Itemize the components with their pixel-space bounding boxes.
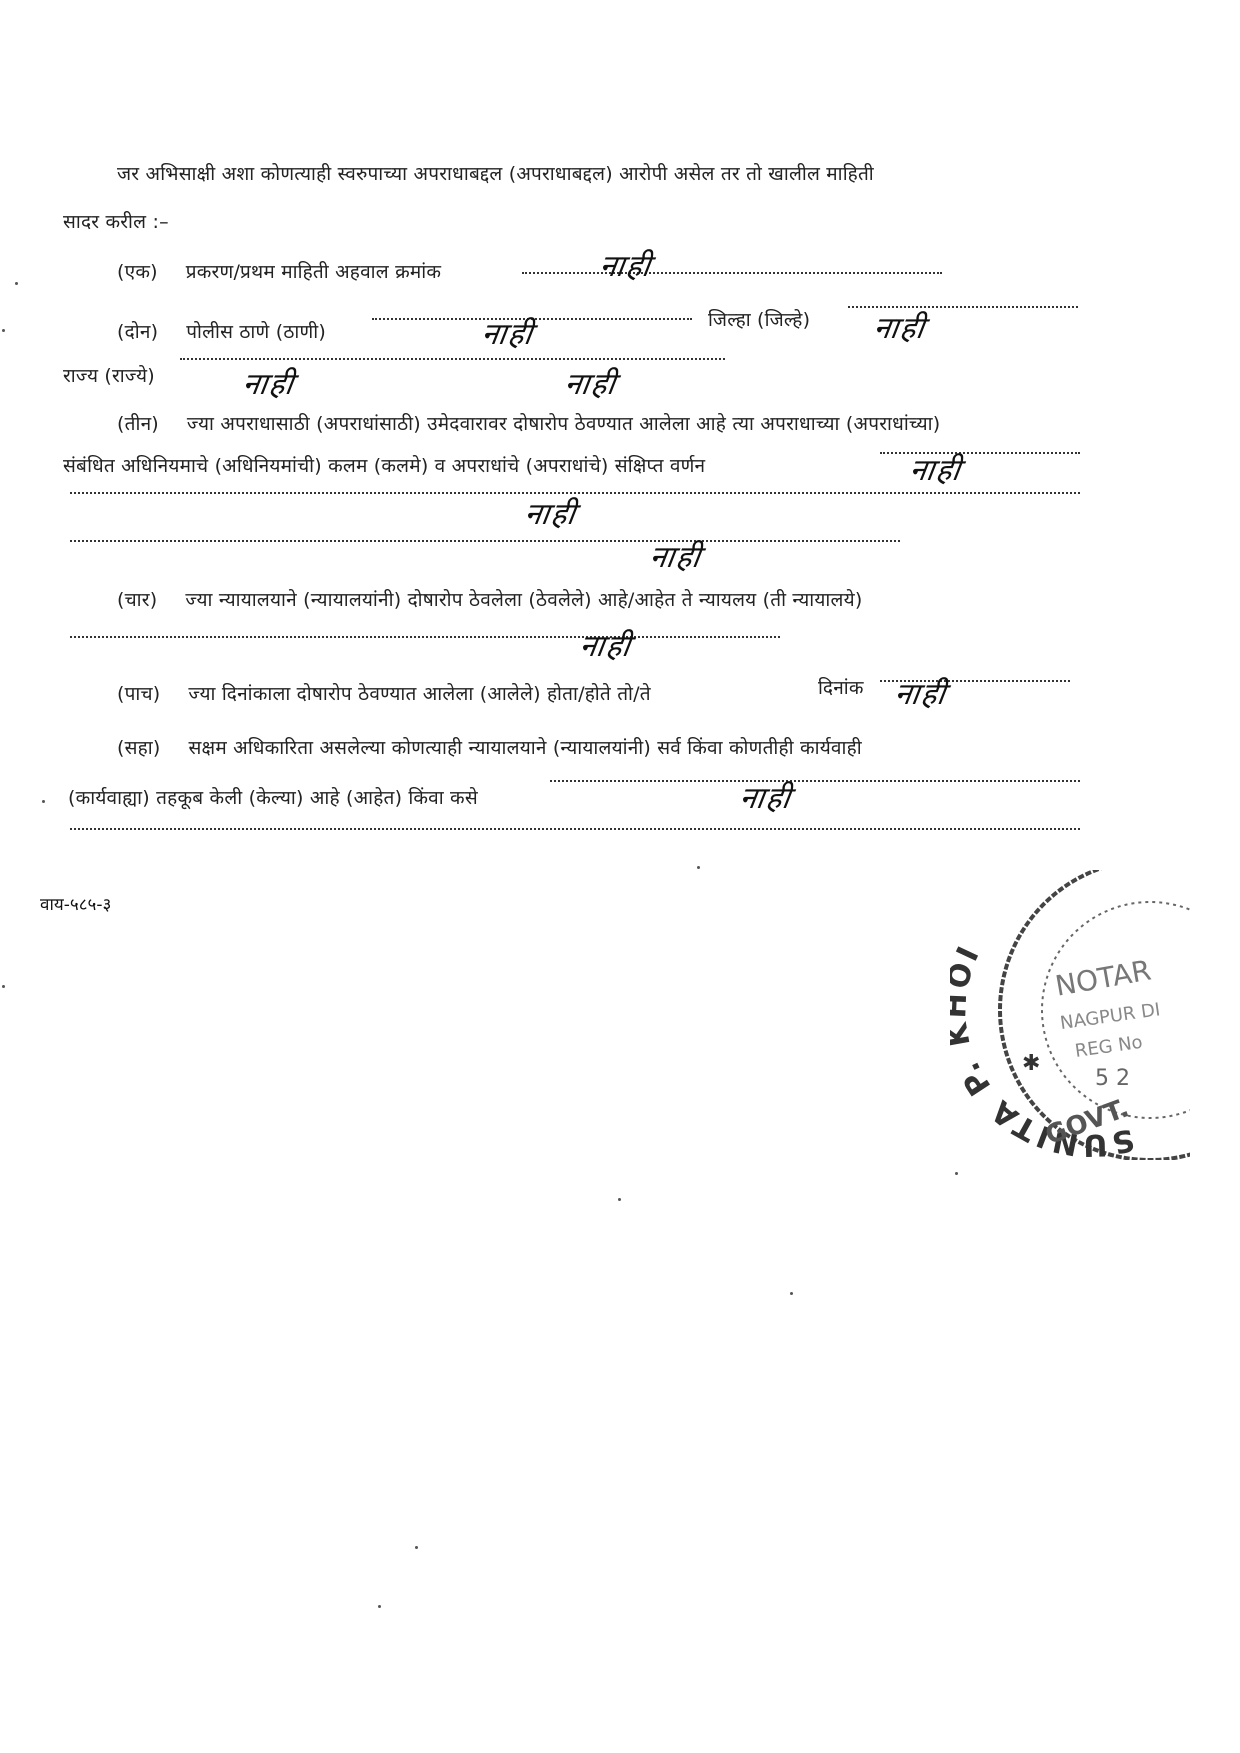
svg-text:NOTAR: NOTAR (1053, 954, 1154, 1003)
item-3-label: ज्या अपराधासाठी (अपराधांसाठी) उमेदवारावर… (187, 413, 941, 435)
item-3-label-cont: संबंधित अधिनियमाचे (अधिनियमांची) कलम (कल… (63, 452, 705, 478)
item-2-district-label: जिल्हा (जिल्हे) (708, 306, 810, 332)
item-2-number: (दोन) (117, 318, 158, 344)
item-1-fill-line (522, 272, 942, 274)
scan-speck (2, 985, 5, 988)
state-label: राज्य (राज्ये) (63, 362, 155, 388)
scan-speck (2, 329, 5, 332)
item-4: (चार)ज्या न्यायालयाने (न्यायालयांनी) दोष… (117, 586, 862, 612)
svg-text:✱: ✱ (1022, 1051, 1040, 1076)
scan-speck (790, 1292, 793, 1295)
item-2-district-answer: नाही (871, 306, 929, 347)
item-6-answer: नाही (737, 776, 795, 817)
intro-line-1: जर अभिसाक्षी अशा कोणत्याही स्वरुपाच्या अ… (117, 160, 874, 186)
form-code: वाय-५८५-३ (40, 892, 111, 915)
item-4-answer: नाही (577, 624, 635, 665)
item-3: (तीन)ज्या अपराधासाठी (अपराधांसाठी) उमेदव… (117, 410, 940, 436)
item-4-number: (चार) (117, 586, 157, 612)
item-1-answer: नाही (597, 244, 655, 285)
item-3-fill-line-3 (70, 540, 900, 542)
state-answer-2: नाही (562, 362, 620, 403)
item-3-answer-3: नाही (647, 535, 705, 576)
state-answer-1: नाही (240, 362, 298, 403)
svg-text:NAGPUR DI: NAGPUR DI (1059, 999, 1162, 1034)
scan-speck (618, 1198, 621, 1201)
scan-speck (42, 800, 45, 803)
item-2: (दोन)पोलीस ठाणे (ठाणी) (117, 318, 326, 344)
item-5-date-label: दिनांक (818, 674, 864, 700)
document-page: जर अभिसाक्षी अशा कोणत्याही स्वरुपाच्या अ… (0, 0, 1240, 1753)
scan-speck (415, 1546, 418, 1549)
item-1: (एक)प्रकरण/प्रथम माहिती अहवाल क्रमांक (117, 258, 441, 284)
scan-speck (697, 866, 700, 869)
intro-line-2: सादर करील :– (63, 208, 169, 234)
item-6-fill-line-1 (550, 780, 1080, 782)
scan-speck (15, 282, 18, 285)
item-3-fill-line-1 (880, 452, 1080, 454)
item-6-label-cont: (कार्यवाह्या) तहकूब केली (केल्या) आहे (आ… (68, 784, 478, 810)
item-5-answer: नाही (892, 672, 950, 713)
item-5-number: (पाच) (117, 680, 160, 706)
item-5-label: ज्या दिनांकाला दोषारोप ठेवण्यात आलेला (आ… (188, 683, 650, 705)
scan-speck (378, 1605, 381, 1608)
item-6-label: सक्षम अधिकारिता असलेल्या कोणत्याही न्याय… (188, 737, 861, 759)
item-5: (पाच)ज्या दिनांकाला दोषारोप ठेवण्यात आले… (117, 680, 651, 706)
item-3-number: (तीन) (117, 410, 159, 436)
item-1-label: प्रकरण/प्रथम माहिती अहवाल क्रमांक (186, 261, 441, 283)
item-4-fill-line (70, 636, 780, 638)
item-4-label: ज्या न्यायालयाने (न्यायालयांनी) दोषारोप … (185, 589, 862, 611)
item-6-fill-line-2 (70, 828, 1080, 830)
scan-speck (955, 1172, 958, 1175)
item-6: (सहा)सक्षम अधिकारिता असलेल्या कोणत्याही … (117, 734, 862, 760)
item-2-answer: नाही (479, 312, 537, 353)
notary-stamp: SUNITA P. KHOI ✱ GOVT. NOTAR NAGPUR DI R… (950, 870, 1190, 1160)
item-3-answer-2: नाही (522, 492, 580, 533)
item-6-number: (सहा) (117, 734, 160, 760)
item-1-number: (एक) (117, 258, 158, 284)
notary-stamp-seal-icon: SUNITA P. KHOI ✱ GOVT. NOTAR NAGPUR DI R… (950, 870, 1190, 1160)
item-3-answer-1: नाही (907, 448, 965, 489)
state-fill-line (180, 358, 725, 360)
item-2-label: पोलीस ठाणे (ठाणी) (186, 321, 326, 343)
svg-text:REG No: REG No (1074, 1032, 1144, 1062)
svg-text:5 2: 5 2 (1095, 1066, 1130, 1091)
